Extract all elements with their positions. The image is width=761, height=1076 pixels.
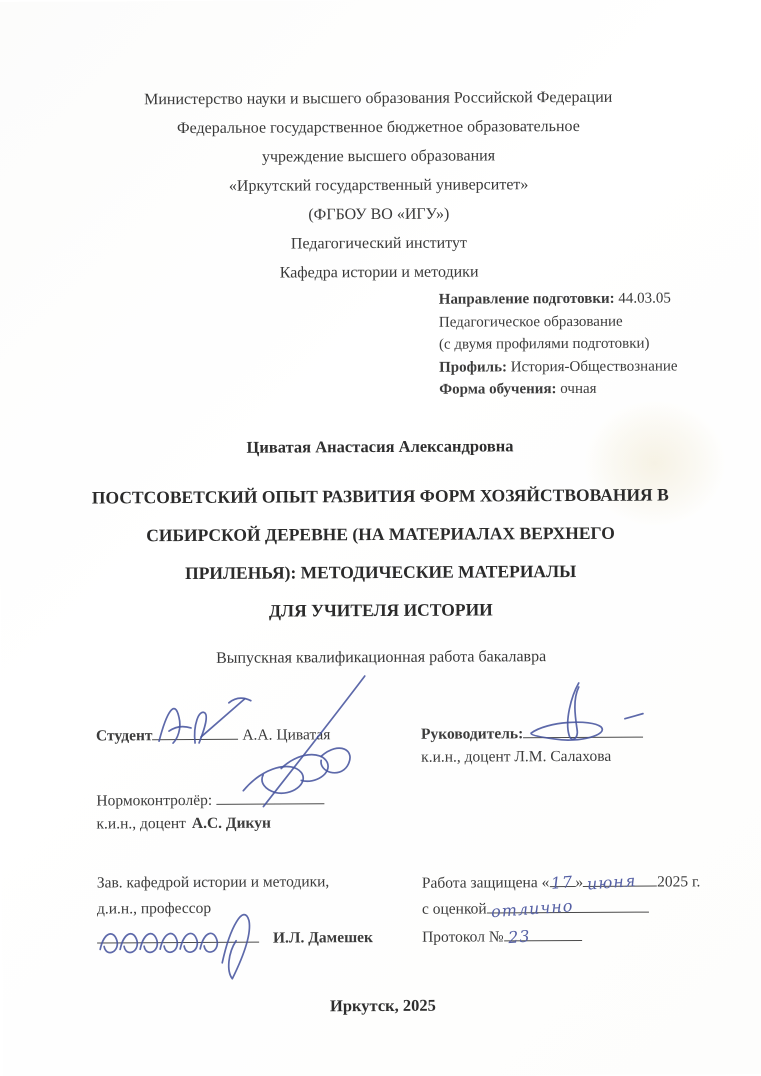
direction-value: 44.03.05 xyxy=(618,290,671,306)
header-line-ministry: Министерство науки и высшего образования… xyxy=(0,82,759,115)
protocol-line: Протокол №23 xyxy=(422,926,582,947)
program-block: Направление подготовки: 44.03.05 Педагог… xyxy=(439,287,720,401)
program-profile: Профиль: История-Обществознание xyxy=(439,355,719,379)
author-name: Циватая Анастасия Александровна xyxy=(0,435,761,459)
grade-value: отлично xyxy=(490,896,574,921)
work-type: Выпускная квалификационная работа бакала… xyxy=(1,647,761,669)
protocol-label: Протокол № xyxy=(422,928,504,945)
header-line-university: «Иркутский государственный университет» xyxy=(0,169,759,202)
title-line-4: ДЛЯ УЧИТЕЛЯ ИСТОРИИ xyxy=(86,589,675,630)
header-line-department: Кафедра истории и методики xyxy=(0,256,760,289)
title-line-3: ПРИЛЕНЬЯ): МЕТОДИЧЕСКИЕ МАТЕРИАЛЫ xyxy=(86,551,675,592)
thesis-title: ПОСТСОВЕТСКИЙ ОПЫТ РАЗВИТИЯ ФОРМ ХОЗЯЙСТ… xyxy=(0,475,761,631)
grade-label: с оценкой xyxy=(422,900,487,917)
defense-day-line: 17 xyxy=(549,872,575,887)
defense-quote-close: » xyxy=(575,874,583,891)
header-block: Министерство науки и высшего образования… xyxy=(0,82,760,289)
head-signature xyxy=(94,878,295,984)
footer-city-year: Иркутск, 2025 xyxy=(2,994,761,1018)
title-line-2: СИБИРСКОЙ ДЕРЕВНЕ (НА МАТЕРИАЛАХ ВЕРХНЕГ… xyxy=(86,513,675,554)
normcontrol-signature xyxy=(229,668,390,819)
student-label: Студент xyxy=(96,727,153,744)
defense-day: 17 xyxy=(551,872,575,893)
grade-line: с оценкойотлично xyxy=(422,898,649,919)
program-direction: Направление подготовки: 44.03.05 xyxy=(439,287,719,311)
form-label: Форма обучения: xyxy=(439,381,556,398)
program-form: Форма обучения: очная xyxy=(439,377,719,401)
protocol-fill-line: 23 xyxy=(504,926,582,941)
defense-line: Работа защищена «17»июня2025 г. xyxy=(422,871,701,892)
header-line-abbrev: (ФГБОУ ВО «ИГУ») xyxy=(0,198,759,231)
program-line3: (с двумя профилями подготовки) xyxy=(439,332,719,356)
defense-prefix: Работа защищена « xyxy=(422,874,550,892)
protocol-value: 23 xyxy=(507,926,531,947)
form-value: очная xyxy=(560,381,596,397)
defense-month-line: июня xyxy=(583,872,657,887)
supervisor-signature xyxy=(513,677,663,758)
defense-month: июня xyxy=(586,871,637,894)
profile-value: История-Обществознание xyxy=(511,358,678,375)
defense-suffix: 2025 г. xyxy=(657,873,700,890)
supervisor-label: Руководитель: xyxy=(421,725,523,743)
header-line-institution: учреждение высшего образования xyxy=(0,140,759,173)
grade-fill-line: отлично xyxy=(487,898,649,914)
normcontrol-credentials: к.и.н., доцент xyxy=(96,815,185,832)
document-page: Министерство науки и высшего образования… xyxy=(0,0,761,1076)
title-line-1: ПОСТСОВЕТСКИЙ ОПЫТ РАЗВИТИЯ ФОРМ ХОЗЯЙСТ… xyxy=(86,475,675,516)
program-line2: Педагогическое образование xyxy=(439,310,719,334)
direction-label: Направление подготовки: xyxy=(439,291,615,308)
normcontrol-label: Нормоконтролёр: xyxy=(96,792,212,810)
header-line-institute: Педагогический институт xyxy=(0,227,760,260)
profile-label: Профиль: xyxy=(439,359,507,375)
header-line-federal: Федеральное государственное бюджетное об… xyxy=(0,111,759,144)
